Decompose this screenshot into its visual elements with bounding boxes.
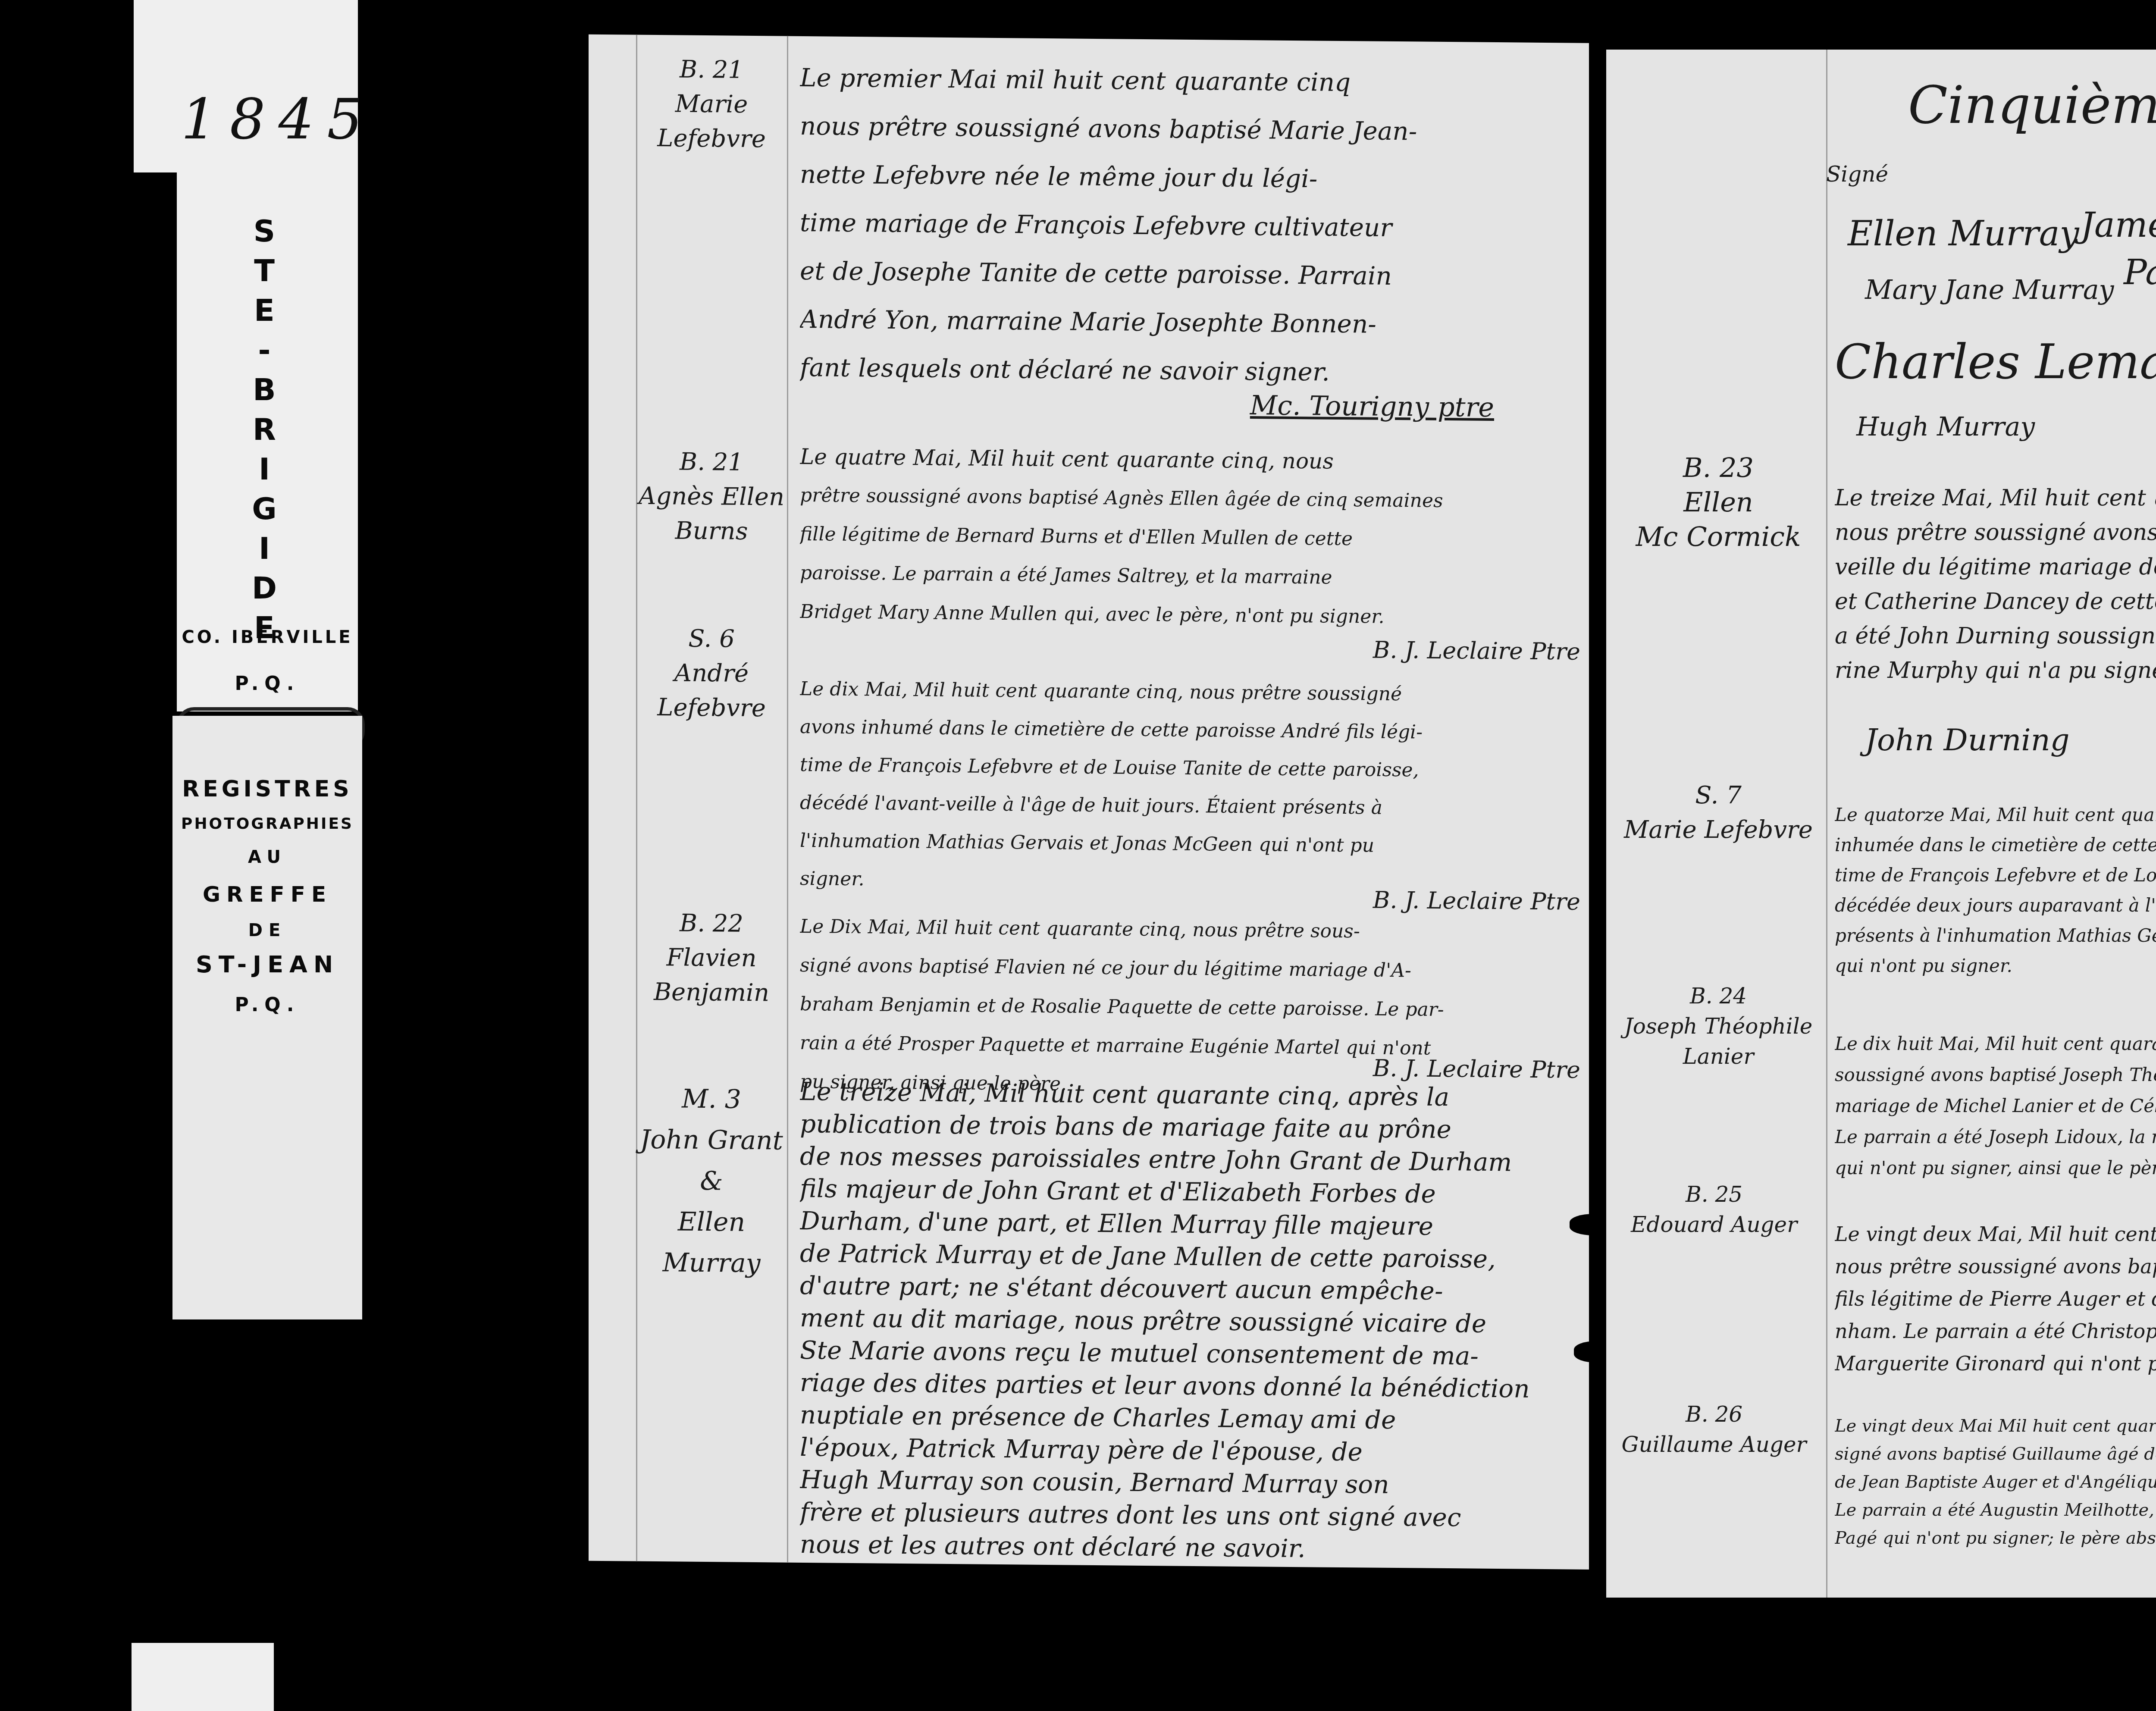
entry-name: Edouard Auger [1606,1210,1822,1240]
entry-line: signé avons baptisé Guillaume âgé de deu… [1835,1440,2156,1468]
entry-name: André [636,656,787,692]
sheet-header: Cinquième feuillet [1908,75,2156,135]
priest-signature: B. J. Leclaire Ptre [1322,636,1580,665]
margin-rule [1826,50,1827,1598]
entry-text: Le premier Mai mil huit cent quarante ci… [800,53,1593,398]
entry-line: nous prêtre soussigné avons baptisé Mari… [800,102,1593,157]
entry-name: Lefebvre [636,690,787,726]
entry-name: Benjamin [636,975,787,1011]
entry-name: Joseph Théophile [1615,1011,1822,1041]
entry-line: mariage de Michel Lanier et de Céleste G… [1835,1091,2156,1122]
signature-hugh-murray: Hugh Murray [1856,412,2035,442]
entry-line: Le dix huit Mai, Mil huit cent quarante … [1835,1028,2156,1059]
entry-line: fils légitime de Pierre Auger et d'Alvar… [1835,1283,2156,1315]
entry-line: signé avons baptisé Flavien né ce jour d… [800,946,1593,992]
entry-number: B. 23 [1615,451,1822,485]
entry-line: Marguerite Gironard qui n'ont pu signer;… [1835,1347,2156,1380]
entry-line: nous prêtre soussigné avons baptisé Elle… [1835,515,2156,550]
year-card: 1845 [134,0,358,172]
parish-letter: I [241,449,293,489]
entry-line: Pagé qui n'ont pu signer; le père absent… [1835,1524,2156,1552]
margin-note: S. 6 André Lefebvre [636,621,787,726]
priest-signature: B. J. Leclaire Ptre [1322,1054,1580,1084]
entry-text: Le vingt deux Mai, Mil huit cent quarant… [1835,1218,2156,1380]
entry-name: Marie Lefebvre [1615,813,1822,847]
entry-number: B. 21 [636,52,787,88]
entry-text: Le vingt deux Mai Mil huit cent quarante… [1835,1412,2156,1552]
province-label: P.Q. [172,994,362,1016]
parish-letter: T [241,251,293,291]
entry-line: Le quatorze Mai, Mil huit cent quarante … [1835,800,2156,830]
entry-line: soussigné avons baptisé Joseph Théophile… [1835,1059,2156,1091]
entry-line: time mariage de François Lefebvre cultiv… [800,198,1593,254]
priest-signature: Mc. Tourigny ptre [1235,389,1494,423]
registry-line: ST-JEAN [172,951,362,978]
entry-name: & [636,1160,787,1203]
entry-line: Le premier Mai mil huit cent quarante ci… [800,53,1593,109]
left-register-page: B. 21 Marie Lefebvre Le premier Mai mil … [589,34,1606,1570]
entry-line: et Catherine Dancey de cette paroisse. L… [1835,584,2156,619]
margin-rule [636,35,637,1561]
entry-line: Le parrain a été Augustin Meilhotte, la … [1835,1496,2156,1524]
entry-line: a été John Durning soussigné, la marrain… [1835,619,2156,653]
margin-note: B. 26 Guillaume Auger [1606,1399,1822,1460]
registry-line: PHOTOGRAPHIES [172,815,362,833]
entry-number: B. 25 [1606,1179,1822,1210]
margin-note: B. 22 Flavien Benjamin [636,906,787,1011]
entry-line: nham. Le parrain a été Christophe Auger,… [1835,1315,2156,1347]
entry-line: paroisse. Le parrain a été James Saltrey… [800,554,1593,599]
margin-rule [787,36,788,1563]
registry-line: REGISTRES [172,776,362,802]
priest-signature: B. J. Leclaire Ptre [1322,886,1580,915]
entry-text: Le quatorze Mai, Mil huit cent quarante … [1835,800,2156,981]
entry-line: prêtre soussigné avons baptisé Agnès Ell… [800,476,1593,522]
entry-line: braham Benjamin et de Rosalie Paquette d… [800,985,1593,1031]
entry-line: nous et les autres ont déclaré ne savoir… [800,1528,1593,1567]
parish-letter: - [241,330,293,370]
entry-line: rine Murphy qui n'a pu signer, ainsi que… [1835,653,2156,688]
registry-line: AU [172,847,362,867]
entry-number: B. 26 [1606,1399,1822,1429]
entry-text: Le dix Mai, Mil huit cent quarante cinq,… [800,670,1593,905]
entry-name: Marie [636,87,787,122]
entry-text: Le treize Mai, Mil huit cent quarante ci… [1835,481,2156,688]
margin-note: B. 21 Agnès Ellen Burns [636,445,787,549]
entry-line: Le quatre Mai, Mil huit cent quarante ci… [800,437,1593,483]
entry-number: S. 6 [636,621,787,657]
entry-name: Lanier [1615,1041,1822,1072]
entry-line: time de François Lefebvre et de Louise T… [1835,860,2156,890]
signature-charles-lemay: Charles Lemay [1835,334,2156,389]
entry-number: M. 3 [636,1078,787,1121]
margin-note: B. 24 Joseph Théophile Lanier [1615,981,1822,1072]
entry-line: nous prêtre soussigné avons baptisé Edou… [1835,1250,2156,1283]
entry-line: fille légitime de Bernard Burns et d'Ell… [800,515,1593,561]
parish-letter: R [241,410,293,449]
registry-line: DE [172,921,362,940]
entry-line: Le vingt deux Mai, Mil huit cent quarant… [1835,1218,2156,1250]
signature-patrick-murray: Patrick Murray [2124,252,2156,292]
entry-line: avons inhumé dans le cimetière de cette … [800,708,1593,753]
margin-note: B. 25 Edouard Auger [1606,1179,1822,1240]
blank-card-bottom [132,1643,274,1711]
entry-line: et de Josephe Tanite de cette paroisse. … [800,247,1593,302]
entry-name: Ellen Murray [636,1201,787,1285]
year-label: 1845 [181,86,376,152]
parish-letter: S [241,211,293,251]
margin-note: M. 3 John Grant & Ellen Murray [636,1078,787,1285]
entry-line: Le Dix Mai, Mil huit cent quarante cinq,… [800,907,1593,953]
province-label-strip: P.Q. [177,664,358,711]
entry-name: Mc Cormick [1615,520,1822,554]
parish-name-vertical: S T E - B R I G I D E [241,211,293,648]
entry-text: Le treize Mai, Mil huit cent quarante ci… [800,1075,1593,1567]
registry-card: REGISTRES PHOTOGRAPHIES AU GREFFE DE ST-… [172,716,362,1319]
entry-name: Agnès Ellen [636,479,787,515]
entry-name: Lefebvre [636,121,787,157]
entry-line: nette Lefebvre née le même jour du légi- [800,150,1593,205]
parish-letter: D [241,568,293,608]
county-label: CO. IBERVILLE [168,627,367,647]
entry-number: B. 21 [636,445,787,480]
entry-name: John Grant [636,1119,787,1162]
right-register-page: Cinquième feuillet 5. Signé Ellen Murray… [1606,50,2156,1598]
entry-line: Le treize Mai, Mil huit cent quarante ci… [1835,481,2156,515]
parish-letter: B [241,370,293,410]
margin-note: S. 7 Marie Lefebvre [1615,778,1822,847]
entry-text: Le quatre Mai, Mil huit cent quarante ci… [800,437,1593,638]
parish-letter: E [241,291,293,330]
entry-number: B. 22 [636,906,787,942]
witness-signature: John Durning [1865,722,2070,758]
parish-letter: I [241,529,293,568]
entry-line: Le parrain a été Joseph Lidoux, la marra… [1835,1122,2156,1153]
signed-label: Signé [1826,162,1888,187]
entry-line: inhumée dans le cimetière de cette paroi… [1835,830,2156,860]
entry-line: Le dix Mai, Mil huit cent quarante cinq,… [800,670,1593,715]
parish-label-strip: S T E - B R I G I D E CO. IBERVILLE [177,172,358,664]
entry-line: décédée deux jours auparavant à l'âge de… [1835,890,2156,921]
entry-number: S. 7 [1615,778,1822,813]
registry-line: GREFFE [172,882,362,907]
entry-line: André Yon, marraine Marie Josephte Bonne… [800,295,1593,350]
entry-line: Le vingt deux Mai Mil huit cent quarante… [1835,1412,2156,1440]
entry-name: Ellen [1615,485,1822,520]
entry-name: Guillaume Auger [1606,1429,1822,1460]
signature-ellen-murray: Ellen Murray [1848,213,2079,254]
entry-line: qui n'ont pu signer, ainsi que le père. [1835,1153,2156,1184]
entry-line: time de François Lefebvre et de Louise T… [800,746,1593,791]
margin-note: B. 21 Marie Lefebvre [636,52,787,157]
entry-line: veille du légitime mariage de Roger Mc C… [1835,550,2156,584]
entry-text: Le dix huit Mai, Mil huit cent quarante … [1835,1028,2156,1184]
entry-line: décédé l'avant-veille à l'âge de huit jo… [800,784,1593,829]
entry-line: qui n'ont pu signer. [1835,951,2156,981]
parish-letter: G [241,489,293,529]
entry-line: de Jean Baptiste Auger et d'Angélique Bi… [1835,1468,2156,1496]
entry-line: Bridget Mary Anne Mullen qui, avec le pè… [800,592,1593,638]
margin-note: B. 23 Ellen Mc Cormick [1615,451,1822,554]
signature-james-grant: James Grant [2081,205,2156,245]
signature-mary-jane-murray: Mary Jane Murray [1865,274,2114,305]
entry-name: Burns [636,514,787,549]
entry-name: Flavien [636,940,787,976]
entry-line: présents à l'inhumation Mathias Gervais … [1835,921,2156,951]
entry-line: fant lesquels ont déclaré ne savoir sign… [800,343,1593,398]
entry-number: B. 24 [1615,981,1822,1011]
province-label: P.Q. [177,673,358,695]
entry-line: l'inhumation Mathias Gervais et Jonas Mc… [800,822,1593,867]
